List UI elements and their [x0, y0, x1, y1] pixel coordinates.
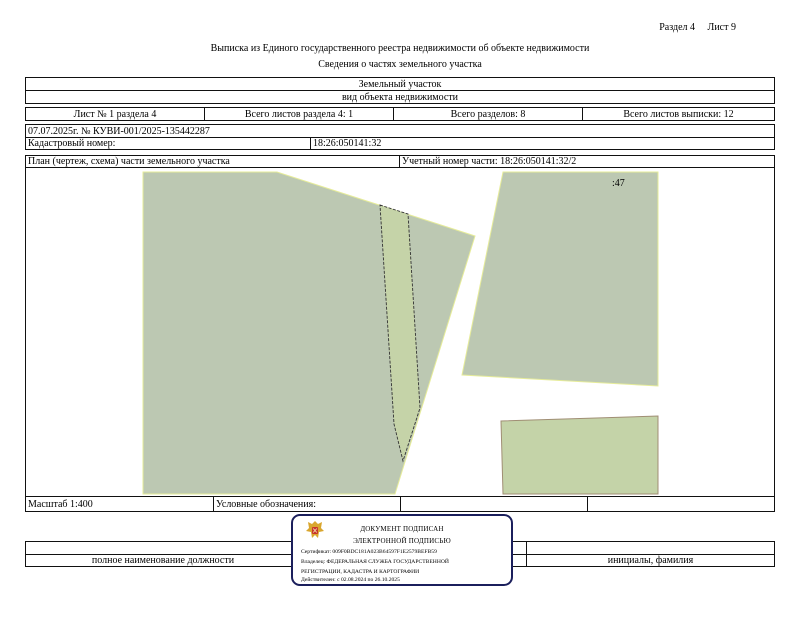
e-signature-stamp: ДОКУМЕНТ ПОДПИСАН ЭЛЕКТРОННОЙ ПОДПИСЬЮ С… — [291, 514, 513, 586]
stamp-line-1: ДОКУМЕНТ ПОДПИСАН — [293, 525, 511, 533]
position-label: полное наименование должности — [26, 555, 300, 566]
parcel-lower — [501, 416, 658, 494]
parcel-47-label: :47 — [612, 178, 625, 189]
stamp-owner-1: Владелец: ФЕДЕРАЛЬНАЯ СЛУЖБА ГОСУДАРСТВЕ… — [301, 559, 449, 565]
name-label: инициалы, фамилия — [526, 555, 774, 566]
parcel-47 — [462, 172, 658, 386]
stamp-validity: Действителен: с 02.08.2024 по 26.10.2025 — [301, 577, 400, 583]
stamp-certificate: Сертификат: 009F0BDC181A023B64597F1E2579… — [301, 549, 437, 555]
stamp-line-2: ЭЛЕКТРОННОЙ ПОДПИСЬЮ — [293, 537, 511, 545]
position-box: полное наименование должности — [25, 541, 300, 567]
name-box: инициалы, фамилия — [505, 541, 775, 567]
stamp-owner-2: РЕГИСТРАЦИИ, КАДАСТРА И КАРТОГРАФИИ — [301, 569, 419, 575]
parcel-main — [143, 172, 475, 494]
